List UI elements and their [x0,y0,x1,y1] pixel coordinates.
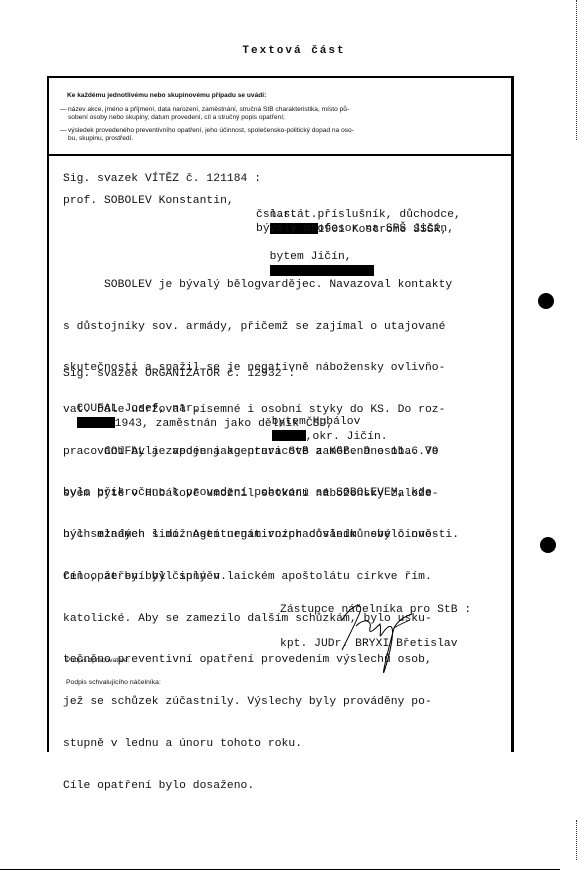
bullet-dash: — [60,106,67,114]
text-line: řeno, že by byl činný v laickém apoštolá… [63,571,439,585]
punch-hole [540,537,556,553]
instruction-line: výsledek provedeného preventivního opatř… [68,127,496,135]
text-line: s důstojníky sov. armády, přičemž se zaj… [63,321,459,335]
text-line: jež se schůzek zúčastnily. Výslechy byly… [63,696,439,710]
instructions-divider [47,154,512,156]
case1-former-job: bývalý profesor na SPŠ Jičín, [256,223,454,237]
text-line: Cíle opatření bylo dosaženo. [63,780,439,794]
instruction-line: bu, skupinu, prostředí. [68,135,496,143]
text-line: stupně v lednu a únoru tohoto roku. [63,738,439,752]
text-line: COUFAL je veden jako pravicově zaměřená … [63,446,439,460]
page-edge-marks [576,0,577,140]
instruction-line: sobení osoby nebo skupiny, datum provede… [68,114,496,122]
punch-hole [538,293,554,309]
case1-heading: Sig. svazek VÍTĚZ č. 121184 : [63,173,261,187]
case2-heading: Sig. svazek ORGANIZÁTOR č. 12932 : [63,368,295,382]
page-title: Textová část [0,45,588,57]
instructions-header: Ke každému jednotlivému nebo skupinovému… [67,92,266,100]
page-bottom-edge [0,869,560,870]
case1-subject-name: prof. SOBOLEV Konstantin, [63,195,234,209]
handwritten-signature [320,598,440,678]
bullet-dash: — [60,127,67,135]
approver-signature-label: Podpis schvalujícího náčelníka: [66,679,161,686]
text-line: SOBOLEV je bývalý bělogvardějec. Navazov… [63,279,459,293]
subject-name: COUFAL Josef, nar. [77,403,200,415]
instruction-line: název akce, jméno a příjmení, data naroz… [68,106,496,114]
text-line: ných mladých lidí. Agenturním rozpracová… [63,529,439,543]
text-line: svém bytě v Hubálově umožnil setkání náb… [63,488,439,502]
processor-signature-label: Podpis zpracovatele: [66,657,129,664]
case1-citizenship: čsl.stát.příslušník, důchodce, [256,209,461,223]
page-edge-marks [576,820,577,860]
